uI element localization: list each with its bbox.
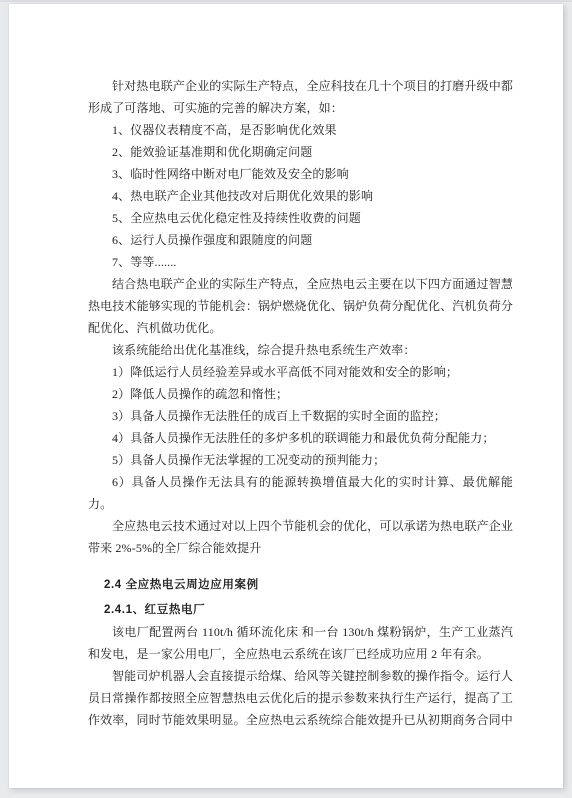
list-item: 1）降低运行人员经验差异或水平高低不同对能效和安全的影响； bbox=[88, 361, 513, 383]
list-item: 3）具备人员操作无法胜任的成百上千数据的实时全面的监控； bbox=[88, 405, 513, 427]
paragraph: 针对热电联产企业的实际生产特点，全应科技在几十个项目的打磨升级中都形成了可落地、… bbox=[88, 75, 513, 119]
document-page: 针对热电联产企业的实际生产特点，全应科技在几十个项目的打磨升级中都形成了可落地、… bbox=[9, 4, 563, 788]
list-item: 3、临时性网络中断对电厂能效及安全的影响 bbox=[88, 163, 513, 185]
list-item: 2、能效验证基准期和优化期确定问题 bbox=[88, 141, 513, 163]
list-item: 4）具备人员操作无法胜任的多炉多机的联调能力和最优负荷分配能力； bbox=[88, 427, 513, 449]
list-item: 6）具备人员操作无法具有的能源转换增值最大化的实时计算、最优解能力。 bbox=[88, 471, 513, 515]
paragraph: 该电厂配置两台 110t/h 循环流化床 和一台 130t/h 煤粉锅炉，生产工… bbox=[88, 621, 513, 665]
list-item: 6、运行人员操作强度和跟随度的问题 bbox=[88, 229, 513, 251]
list-item: 7、等等....... bbox=[88, 251, 513, 273]
paragraph: 结合热电联产企业的实际生产特点，全应热电云主要在以下四方面通过智慧热电技术能够实… bbox=[88, 273, 513, 339]
paragraph: 全应热电云技术通过对以上四个节能机会的优化，可以承诺为热电联产企业带来 2%-5… bbox=[88, 515, 513, 559]
list-item: 2）降低人员操作的疏忽和惰性； bbox=[88, 383, 513, 405]
section-heading: 2.4 全应热电云周边应用案例 bbox=[88, 574, 513, 596]
list-item: 5、全应热电云优化稳定性及持续性收费的问题 bbox=[88, 207, 513, 229]
list-item: 4、热电联产企业其他技改对后期优化效果的影响 bbox=[88, 185, 513, 207]
subsection-heading: 2.4.1、红豆热电厂 bbox=[88, 599, 513, 621]
paragraph: 该系统能给出优化基准线，综合提升热电系统生产效率： bbox=[88, 339, 513, 361]
list-item: 5）具备人员操作无法掌握的工况变动的预判能力； bbox=[88, 449, 513, 471]
paragraph: 智能司炉机器人会直接提示给煤、给风等关键控制参数的操作指令。运行人员日常操作都按… bbox=[88, 665, 513, 731]
document-body: 针对热电联产企业的实际生产特点，全应科技在几十个项目的打磨升级中都形成了可落地、… bbox=[9, 4, 563, 788]
list-item: 1、仪器仪表精度不高，是否影响优化效果 bbox=[88, 119, 513, 141]
